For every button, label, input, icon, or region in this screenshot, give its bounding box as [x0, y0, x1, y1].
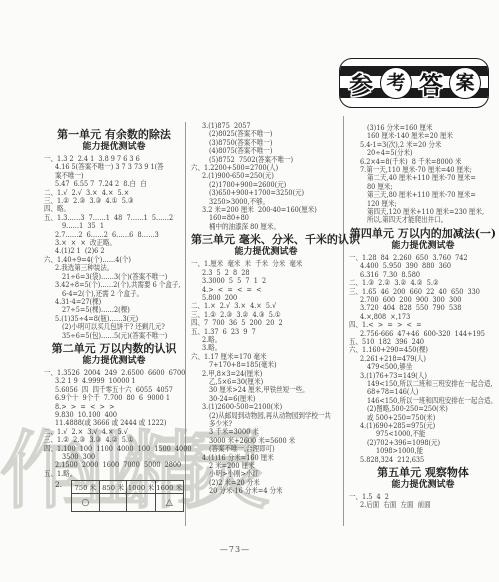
table-data-cell: △ — [155, 494, 183, 512]
unit-subtitle: 能力提优测试卷 — [349, 480, 497, 491]
table-data-cell — [127, 494, 155, 512]
unit-subtitle: 能力提优测试卷 — [44, 356, 184, 367]
table-header-cell: 850 米 — [99, 481, 127, 494]
answer-line: 20 分米-16 分米=4 分米 — [209, 487, 325, 495]
answer-table-block: 2.750 米850 米1000 米1600 米○△ — [55, 480, 184, 512]
column-divider-left — [185, 122, 186, 526]
answer-line: 所以,第四天才能爬出井口。 — [367, 216, 481, 224]
table-header-cell: 1000 米 — [127, 481, 155, 494]
column-divider-right — [343, 116, 344, 526]
table-data-cell — [99, 494, 127, 512]
unit-title: 第三单元 毫米、分米、千米的认识 — [191, 233, 341, 247]
stamp-char: 案 — [449, 67, 481, 99]
page-number: —73— — [196, 545, 274, 554]
answer-line: 五、1.略。 — [44, 470, 167, 478]
unit-title: 第五单元 观察物体 — [349, 466, 497, 480]
table-data-cell: ○ — [72, 494, 100, 512]
unit-subtitle: 能力提优测试卷 — [191, 247, 341, 258]
scanned-answer-page: 作业精灵 参 考 答 案 第一单元 有余数的除法能力提优测试卷一、1.3 2 2… — [0, 0, 499, 582]
stamp-char: 参 — [349, 66, 373, 101]
unit-subtitle: 能力提优测试卷 — [44, 142, 184, 153]
reference-answers-stamp: 参 考 答 案 — [339, 58, 489, 108]
answer-line: 桶中的油漆深 80 厘米。 — [209, 223, 325, 231]
answer-column-2: 3.(1)875 2057(2)8025(答案不唯一)(3)8750(答案不唯一… — [191, 122, 341, 496]
answer-line: 5.828,324 212,635 — [360, 456, 481, 464]
answer-column-3: (3)16 分米=160 厘米160 厘米-140 厘米=20 厘米5.4-1=… — [349, 124, 497, 510]
distance-table: 750 米850 米1000 米1600 米○△ — [71, 480, 184, 512]
unit-title: 第四单元 万以内的加减法(一) — [349, 227, 497, 241]
unit-subtitle: 能力提优测试卷 — [349, 241, 497, 252]
stamp-char: 考 — [380, 67, 412, 99]
answer-line: 35÷6=5(包)……5(元)(答案不唯一) — [62, 332, 169, 340]
stamp-char: 答 — [419, 66, 443, 101]
table-item-label: 2. — [55, 480, 62, 489]
table-header-cell: 750 米 — [72, 481, 100, 494]
answer-column-1: 第一单元 有余数的除法能力提优测试卷一、1.3 2 2.4 1 3.8 9 7 … — [44, 126, 184, 512]
unit-title: 第二单元 万以内数的认识 — [44, 342, 184, 356]
table-header-cell: 1600 米 — [155, 481, 183, 494]
unit-title: 第一单元 有余数的除法 — [44, 128, 184, 142]
answer-line: 2.后面 右面 左面 前面 — [360, 501, 481, 509]
